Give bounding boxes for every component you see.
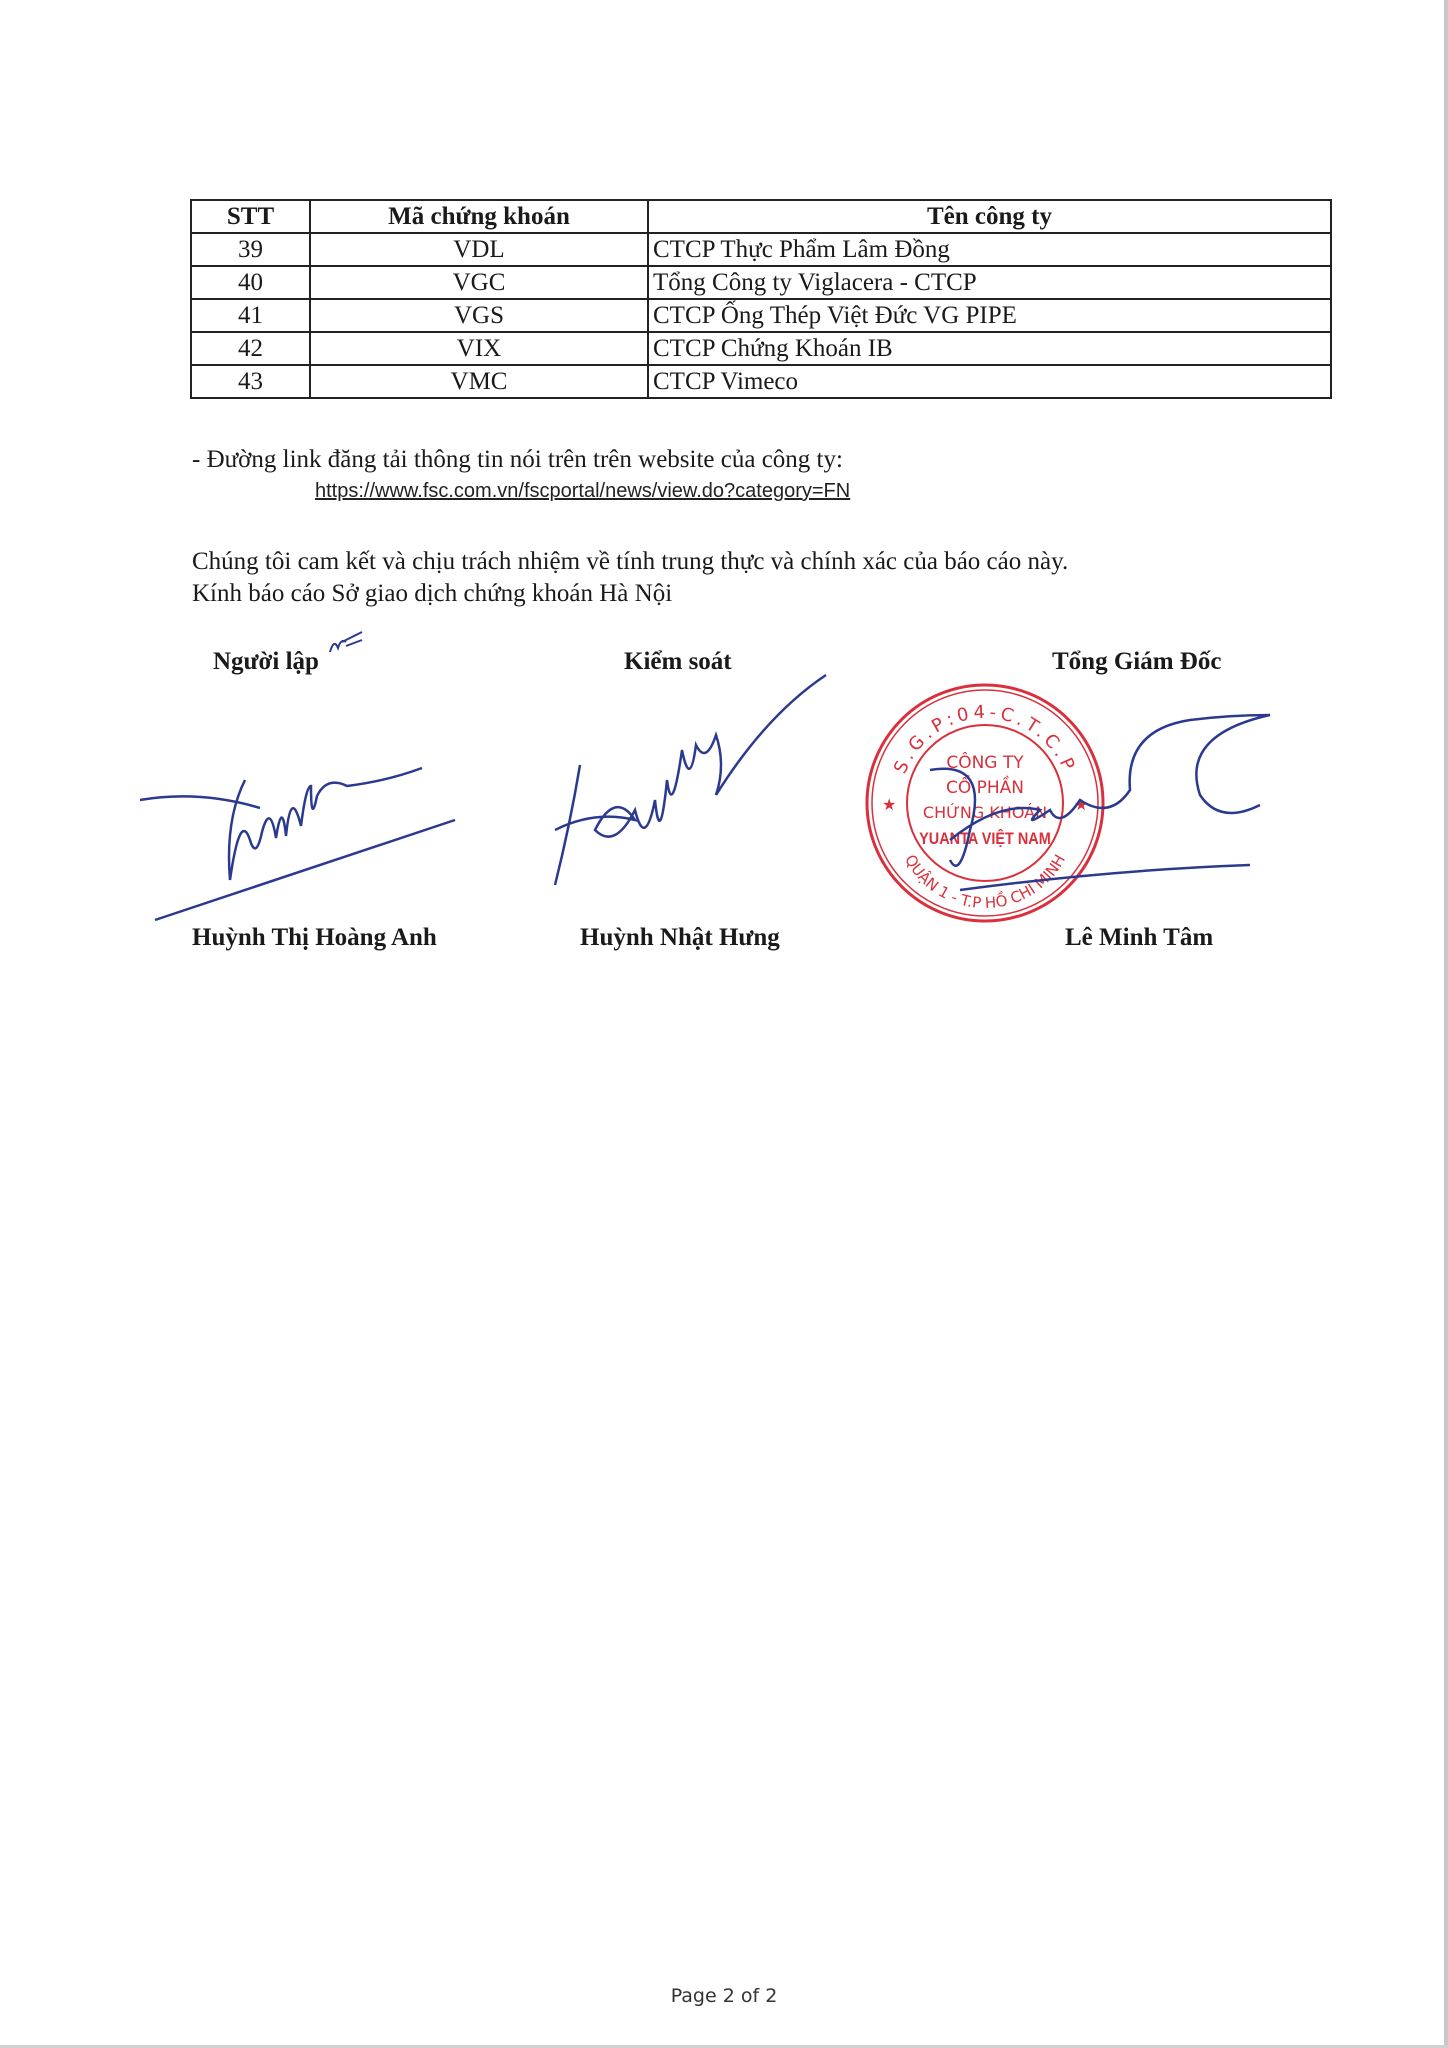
cell-code: VGC — [310, 266, 648, 299]
table-row: 41 VGS CTCP Ống Thép Việt Đức VG PIPE — [191, 299, 1331, 332]
initials-mark — [328, 628, 368, 658]
signer-role-controller: Kiểm soát — [624, 648, 732, 676]
signature-director — [920, 730, 1350, 910]
cell-code: VGS — [310, 299, 648, 332]
link-intro: - Đường link đăng tải thông tin nói trên… — [192, 446, 843, 474]
svg-text:★: ★ — [882, 795, 896, 814]
header-code: Mã chứng khoán — [310, 200, 648, 233]
cell-company: CTCP Vimeco — [648, 365, 1331, 398]
signer-name-director: Lê Minh Tâm — [1065, 924, 1213, 952]
signer-role-director: Tổng Giám Đốc — [1052, 648, 1221, 676]
table-row: 39 VDL CTCP Thực Phẩm Lâm Đồng — [191, 233, 1331, 266]
cell-company: CTCP Chứng Khoán IB — [648, 332, 1331, 365]
table-row: 40 VGC Tổng Công ty Viglacera - CTCP — [191, 266, 1331, 299]
addressee-text: Kính báo cáo Sở giao dịch chứng khoán Hà… — [192, 580, 672, 608]
signer-role-preparer: Người lập — [213, 648, 319, 676]
page-number: Page 2 of 2 — [0, 1985, 1448, 2007]
cell-stt: 40 — [191, 266, 310, 299]
signer-name-preparer: Huỳnh Thị Hoàng Anh — [192, 924, 437, 952]
signer-name-controller: Huỳnh Nhật Hưng — [580, 924, 780, 952]
cell-stt: 43 — [191, 365, 310, 398]
cell-company: CTCP Ống Thép Việt Đức VG PIPE — [648, 299, 1331, 332]
cell-stt: 42 — [191, 332, 310, 365]
header-stt: STT — [191, 200, 310, 233]
cell-company: CTCP Thực Phẩm Lâm Đồng — [648, 233, 1331, 266]
table-row: 42 VIX CTCP Chứng Khoán IB — [191, 332, 1331, 365]
commitment-text: Chúng tôi cam kết và chịu trách nhiệm về… — [192, 548, 1068, 576]
signature-controller — [550, 735, 860, 885]
disclosure-link[interactable]: https://www.fsc.com.vn/fscportal/news/vi… — [315, 480, 850, 503]
table-row: 43 VMC CTCP Vimeco — [191, 365, 1331, 398]
cell-stt: 39 — [191, 233, 310, 266]
page-edge — [1444, 0, 1448, 2048]
table-header-row: STT Mã chứng khoán Tên công ty — [191, 200, 1331, 233]
signature-preparer — [135, 720, 465, 920]
cell-stt: 41 — [191, 299, 310, 332]
securities-table: STT Mã chứng khoán Tên công ty 39 VDL CT… — [190, 199, 1332, 399]
cell-code: VIX — [310, 332, 648, 365]
cell-code: VMC — [310, 365, 648, 398]
header-company: Tên công ty — [648, 200, 1331, 233]
cell-code: VDL — [310, 233, 648, 266]
cell-company: Tổng Công ty Viglacera - CTCP — [648, 266, 1331, 299]
